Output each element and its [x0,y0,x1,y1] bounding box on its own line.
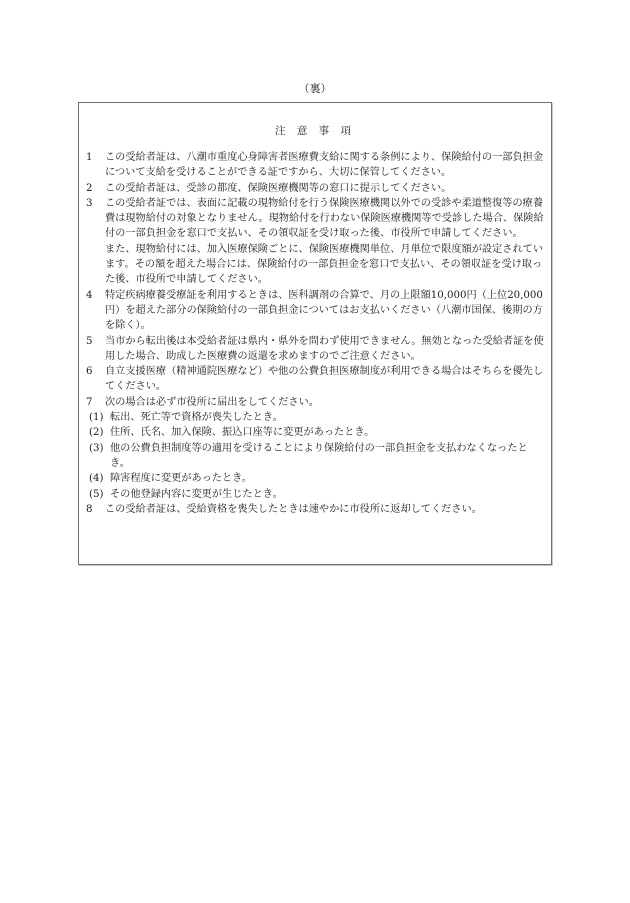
subitem-number: (3) [89,441,103,456]
notice-item-7: 7 次の場合は必ず市役所に届出をしてください。 [86,395,545,410]
notice-item-2: 2 この受給者証は、受診の都度、保険医療機関等の窓口に提示してください。 [86,181,545,196]
item-number: 7 [86,395,98,410]
item-text: この受給者証は、受給資格を喪失したときは速やかに市役所に返却してください。 [105,502,545,517]
subitem-text: 転出、死亡等で資格が喪失したとき。 [110,412,283,423]
item-number: 3 [86,196,98,211]
notice-item-4: 4 特定疾病療養受療証を利用するときは、医科調剤の合算で、月の上限額10,000… [86,288,545,334]
item-number: 4 [86,288,98,303]
item-text: 次の場合は必ず市役所に届出をしてください。 [105,395,545,410]
subitem-text: 住所、氏名、加入保険、振込口座等に変更があったとき。 [110,427,374,438]
item-text: この受給者証では、表面に記載の現物給付を行う保険医療機関以外での受診や柔道整復等… [105,196,545,242]
notice-item-7-sublist: (1) 転出、死亡等で資格が喪失したとき。 (2) 住所、氏名、加入保険、振込口… [89,410,545,502]
notice-item-1: 1 この受給者証は、八潮市重度心身障害者医療費支給に関する条例により、保険給付の… [86,150,545,181]
subitem-4: (4) 障害程度に変更があったとき。 [89,471,545,486]
subitem-5: (5) その他登録内容に変更が生じたとき。 [89,487,545,502]
subitem-2: (2) 住所、氏名、加入保険、振込口座等に変更があったとき。 [89,425,545,440]
notice-box: 注 意 事 項 1 この受給者証は、八潮市重度心身障害者医療費支給に関する条例に… [78,102,552,565]
item-text: 特定疾病療養受療証を利用するときは、医科調剤の合算で、月の上限額10,000円（… [105,288,545,334]
subitem-number: (5) [89,487,103,502]
notice-item-6: 6 自立支援医療（精神通院医療など）や他の公費負担医療制度が利用できる場合はそち… [86,364,545,395]
subitem-3: (3) 他の公費負担制度等の適用を受けることにより保険給付の一部負担金を支払わな… [89,441,545,472]
subitem-text: 障害程度に変更があったとき。 [110,473,252,484]
notice-item-3: 3 この受給者証では、表面に記載の現物給付を行う保険医療機関以外での受診や柔道整… [86,196,545,288]
subitem-1: (1) 転出、死亡等で資格が喪失したとき。 [89,410,545,425]
subitem-number: (4) [89,471,103,486]
item-text: 当市から転出後は本受給者証は県内・県外を問わず使用できません。無効となった受給者… [105,334,545,365]
item-number: 2 [86,181,98,196]
subitem-number: (1) [89,410,103,425]
item-number: 1 [86,150,98,165]
subitem-text: 他の公費負担制度等の適用を受けることにより保険給付の一部負担金を支払わなくなった… [110,443,528,469]
notice-list: 1 この受給者証は、八潮市重度心身障害者医療費支給に関する条例により、保険給付の… [86,150,545,517]
item-text-continued: また、現物給付には、加入医療保険ごとに、保険医療機関単位、月単位で限度額が設定さ… [105,242,545,288]
subitem-number: (2) [89,425,103,440]
item-number: 5 [86,334,98,349]
page-side-label: （裏） [0,80,630,96]
notice-item-8: 8 この受給者証は、受給資格を喪失したときは速やかに市役所に返却してください。 [86,502,545,517]
notice-item-5: 5 当市から転出後は本受給者証は県内・県外を問わず使用できません。無効となった受… [86,334,545,365]
notice-title: 注 意 事 項 [79,123,551,138]
item-text: この受給者証は、八潮市重度心身障害者医療費支給に関する条例により、保険給付の一部… [105,150,545,181]
subitem-text: その他登録内容に変更が生じたとき。 [110,489,283,500]
item-number: 8 [86,502,98,517]
item-text: この受給者証は、受診の都度、保険医療機関等の窓口に提示してください。 [105,181,545,196]
item-text: 自立支援医療（精神通院医療など）や他の公費負担医療制度が利用できる場合はそちらを… [105,364,545,395]
item-number: 6 [86,364,98,379]
